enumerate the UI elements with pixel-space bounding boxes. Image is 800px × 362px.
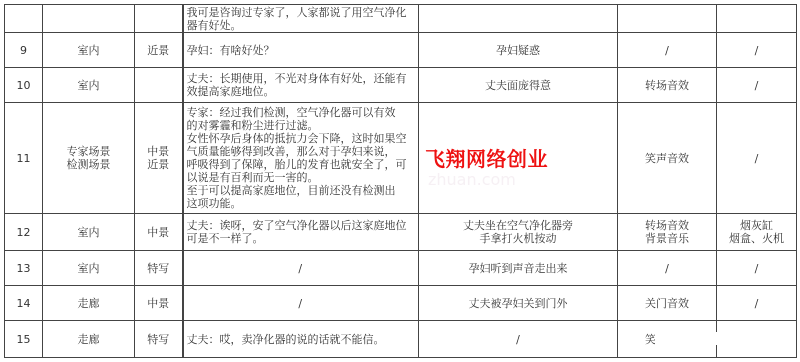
props-cell: / — [717, 251, 797, 286]
action-cell: 孕妇听到声音走出来 — [419, 251, 618, 286]
shot-number: 12 — [5, 214, 43, 251]
shot-type-cell: 特写 — [135, 321, 183, 358]
props-cell — [717, 5, 797, 33]
props-cell: 烟灰缸 烟盒、火机 — [717, 214, 797, 251]
shot-number: 13 — [5, 251, 43, 286]
action-cell: 丈夫面庞得意 — [419, 68, 618, 103]
shot-type-cell — [135, 68, 183, 103]
sound-cell: / — [618, 33, 717, 68]
shot-type-cell: 近景 — [135, 33, 183, 68]
location-cell — [43, 5, 135, 33]
props-cell: / — [717, 68, 797, 103]
shot-number: 11 — [5, 103, 43, 214]
action-cell: 丈夫被孕妇关到门外 — [419, 286, 618, 321]
table-row: 我可是咨询过专家了，人家都说了用空气净化 器有好处。 — [5, 5, 797, 33]
sound-cell — [618, 5, 717, 33]
action-cell — [419, 5, 618, 33]
dialogue-cell: 丈夫：长期使用，不光对身体有好处，还能有 效提高家庭地位。 — [183, 68, 419, 103]
shot-number — [5, 5, 43, 33]
table-row: 11 专家场景 检测场景 中景 近景 专家：经过我们检测，空气净化器可以有效 的… — [5, 103, 797, 214]
dialogue-cell: 丈夫：诶呀，安了空气净化器以后这家庭地位 可是不一样了。 — [183, 214, 419, 251]
table-row: 14 走廊 中景 / 丈夫被孕妇关到门外 关门音效 / — [5, 286, 797, 321]
shot-type-cell: 中景 — [135, 286, 183, 321]
location-cell: 走廊 — [43, 286, 135, 321]
sound-cell: 转场音效 — [618, 68, 717, 103]
location-cell: 室内 — [43, 214, 135, 251]
sound-cell: 笑声音效 — [618, 103, 717, 214]
shooting-script-table: 我可是咨询过专家了，人家都说了用空气净化 器有好处。 9 室内 近景 孕妇：有啥… — [4, 4, 797, 358]
location-cell: 室内 — [43, 33, 135, 68]
shot-number: 9 — [5, 33, 43, 68]
props-cell: / — [717, 286, 797, 321]
obscured-region — [655, 332, 775, 345]
dialogue-cell: / — [183, 251, 419, 286]
shot-type-cell — [135, 5, 183, 33]
location-cell: 走廊 — [43, 321, 135, 358]
sound-cell: 转场音效 背景音乐 — [618, 214, 717, 251]
faint-watermark: zhuan.com — [428, 170, 516, 189]
location-cell: 专家场景 检测场景 — [43, 103, 135, 214]
props-cell: / — [717, 103, 797, 214]
dialogue-cell: 专家：经过我们检测，空气净化器可以有效 的对雾霾和粉尘进行过滤。 女性怀孕后身体… — [183, 103, 419, 214]
location-cell: 室内 — [43, 251, 135, 286]
shot-number: 10 — [5, 68, 43, 103]
action-cell: 丈夫坐在空气净化器旁 手拿打火机按动 — [419, 214, 618, 251]
shot-type-cell: 特写 — [135, 251, 183, 286]
location-cell: 室内 — [43, 68, 135, 103]
dialogue-cell: 孕妇：有啥好处？ — [183, 33, 419, 68]
shot-number: 15 — [5, 321, 43, 358]
watermark-logo-text: 飞翔网络创业 — [425, 143, 548, 172]
dialogue-cell: / — [183, 286, 419, 321]
action-cell: / — [419, 321, 618, 358]
dialogue-cell: 我可是咨询过专家了，人家都说了用空气净化 器有好处。 — [183, 5, 419, 33]
table-row: 12 室内 中景 丈夫：诶呀，安了空气净化器以后这家庭地位 可是不一样了。 丈夫… — [5, 214, 797, 251]
sound-cell: 关门音效 — [618, 286, 717, 321]
shot-number: 14 — [5, 286, 43, 321]
action-cell: 孕妇疑惑 — [419, 33, 618, 68]
shot-type-cell: 中景 — [135, 214, 183, 251]
table-row: 9 室内 近景 孕妇：有啥好处？ 孕妇疑惑 / / — [5, 33, 797, 68]
props-cell: / — [717, 33, 797, 68]
table-row: 13 室内 特写 / 孕妇听到声音走出来 / / — [5, 251, 797, 286]
shot-type-cell: 中景 近景 — [135, 103, 183, 214]
table-row: 10 室内 丈夫：长期使用，不光对身体有好处，还能有 效提高家庭地位。 丈夫面庞… — [5, 68, 797, 103]
sound-cell: / — [618, 251, 717, 286]
dialogue-cell: 丈夫：哎，卖净化器的说的话就不能信。 — [183, 321, 419, 358]
